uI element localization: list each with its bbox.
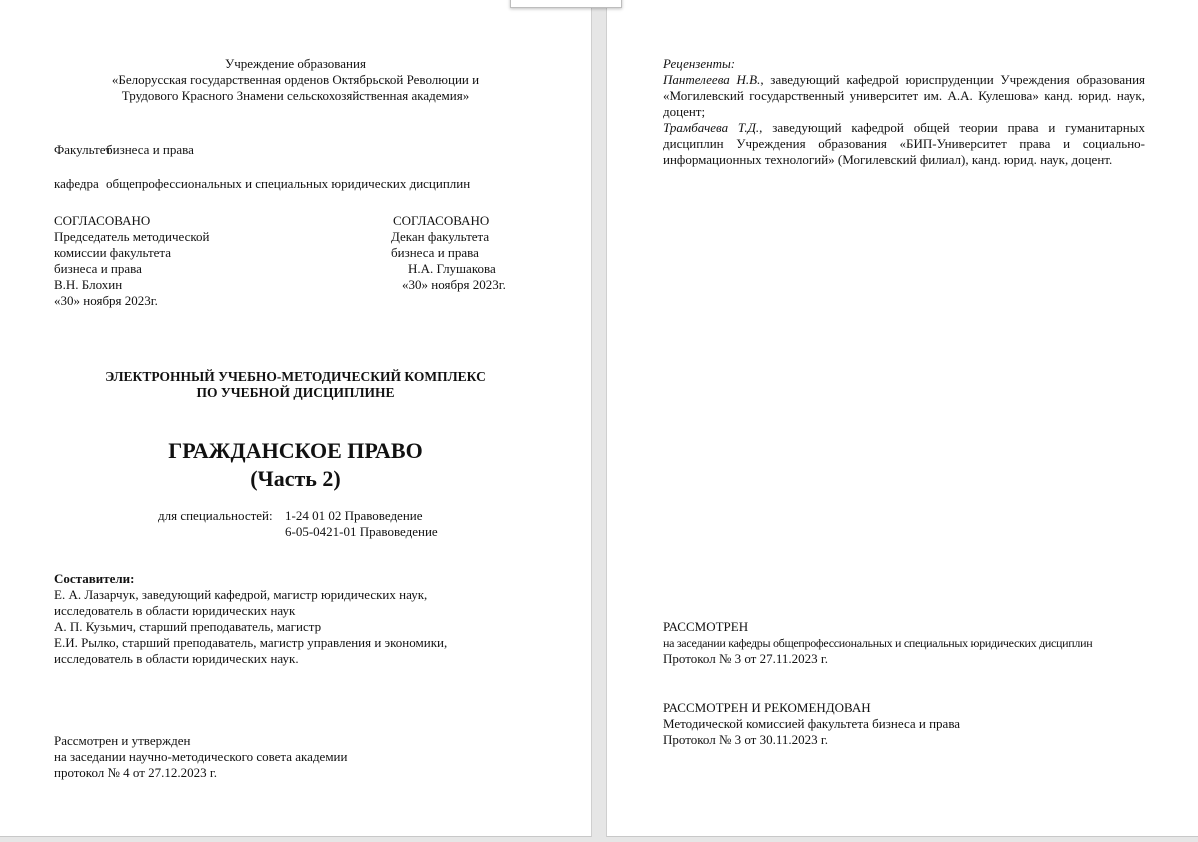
considered-line: Протокол № 3 от 27.11.2023 г. (663, 651, 1092, 667)
recommended-line: РАССМОТРЕН И РЕКОМЕНДОВАН (663, 700, 960, 716)
authors: Составители: Е. А. Лазарчук, заведующий … (54, 571, 447, 667)
approval-right: СОГЛАСОВАНО Декан факультета бизнеса и п… (391, 213, 506, 293)
reviewer-name: Трамбачева Т.Д. (663, 120, 759, 135)
approved-line: Рассмотрен и утвержден (54, 733, 347, 749)
approval-line: «30» ноября 2023г. (54, 293, 210, 309)
considered-line: на заседании кафедры общепрофессиональны… (663, 635, 1092, 651)
approval-line: Председатель методической (54, 229, 210, 245)
specialty-item: 1-24 01 02 Правоведение (285, 508, 423, 524)
faculty-row: Факультет бизнеса и права (54, 142, 111, 158)
recommended-block: РАССМОТРЕН И РЕКОМЕНДОВАН Методической к… (663, 700, 960, 748)
approval-line: Декан факультета (391, 229, 506, 245)
approval-line: «30» ноября 2023г. (391, 277, 506, 293)
department-label: кафедра (54, 176, 99, 191)
authors-label: Составители: (54, 571, 447, 587)
complex-title: ЭЛЕКТРОННЫЙ УЧЕБНО-МЕТОДИЧЕСКИЙ КОМПЛЕКС… (0, 369, 591, 401)
recommended-line: Методической комиссией факультета бизнес… (663, 716, 960, 732)
institution-line: Трудового Красного Знамени сельскохозяйс… (0, 88, 591, 104)
reviewer-2: Трамбачева Т.Д., заведующий кафедрой общ… (663, 120, 1145, 168)
department-value: общепрофессиональных и специальных юриди… (106, 176, 470, 192)
department-row: кафедра общепрофессиональных и специальн… (54, 176, 99, 192)
faculty-value: бизнеса и права (106, 142, 194, 158)
author-line: исследователь в области юридических наук (54, 603, 447, 619)
approval-line: комиссии факультета (54, 245, 210, 261)
discipline-title: ГРАЖДАНСКОЕ ПРАВО (Часть 2) (0, 437, 591, 493)
specialty-item: 6-05-0421-01 Правоведение (285, 524, 438, 540)
approved-block: Рассмотрен и утвержден на заседании науч… (54, 733, 347, 781)
institution-line: «Белорусская государственная орденов Окт… (0, 72, 591, 88)
considered-block: РАССМОТРЕН на заседании кафедры общепроф… (663, 619, 1092, 667)
tooltip (510, 0, 622, 8)
document-page-left[interactable]: Учреждение образования «Белорусская госу… (0, 0, 592, 837)
specialties: для специальностей: 1-24 01 02 Правоведе… (158, 508, 273, 524)
approval-line: бизнеса и права (391, 245, 506, 261)
faculty-label: Факультет (54, 142, 111, 157)
institution-header: Учреждение образования «Белорусская госу… (0, 56, 591, 104)
approval-line: В.Н. Блохин (54, 277, 210, 293)
approved-line: на заседании научно-методического совета… (54, 749, 347, 765)
author-line: Е. А. Лазарчук, заведующий кафедрой, маг… (54, 587, 447, 603)
author-line: Е.И. Рылко, старший преподаватель, магис… (54, 635, 447, 651)
reviewer-name: Пантелеева Н.В. (663, 72, 760, 87)
author-line: исследователь в области юридических наук… (54, 651, 447, 667)
considered-line: РАССМОТРЕН (663, 619, 1092, 635)
approval-line: СОГЛАСОВАНО (54, 213, 210, 229)
complex-title-line: ПО УЧЕБНОЙ ДИСЦИПЛИНЕ (0, 385, 591, 401)
recommended-line: Протокол № 3 от 30.11.2023 г. (663, 732, 960, 748)
approved-line: протокол № 4 от 27.12.2023 г. (54, 765, 347, 781)
document-page-right[interactable]: Рецензенты: Пантелеева Н.В., заведующий … (606, 0, 1198, 837)
reviewers-label: Рецензенты: (663, 56, 735, 72)
approval-left: СОГЛАСОВАНО Председатель методической ко… (54, 213, 210, 309)
complex-title-line: ЭЛЕКТРОННЫЙ УЧЕБНО-МЕТОДИЧЕСКИЙ КОМПЛЕКС (0, 369, 591, 385)
discipline-name: ГРАЖДАНСКОЕ ПРАВО (0, 437, 591, 465)
reviewer-1: Пантелеева Н.В., заведующий кафедрой юри… (663, 72, 1145, 120)
discipline-part: (Часть 2) (0, 465, 591, 493)
institution-line: Учреждение образования (0, 56, 591, 72)
specialties-label: для специальностей: (158, 508, 273, 523)
approval-line: СОГЛАСОВАНО (391, 213, 506, 229)
author-line: А. П. Кузьмич, старший преподаватель, ма… (54, 619, 447, 635)
approval-line: Н.А. Глушакова (391, 261, 506, 277)
approval-line: бизнеса и права (54, 261, 210, 277)
